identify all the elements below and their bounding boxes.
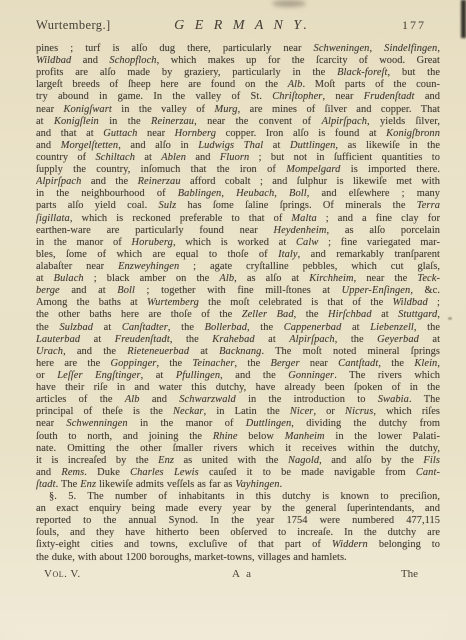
text-line: reported to the annual Synod. In the yea… (36, 515, 440, 527)
text-line: alabaſter near Enzweyhingen ; agate cryſ… (36, 261, 440, 273)
page-footer: Vol. V. A a The (36, 568, 440, 580)
text-line: have their riſe in and water this dutchy… (36, 382, 440, 394)
text-line: berge and at Boll ; together with fine m… (36, 285, 440, 297)
text-line: articles of the Alb and Schwarzwald in t… (36, 394, 440, 406)
text-line: bles, ſome of which are equal to thoſe o… (36, 249, 440, 261)
page-body: pines ; turf is alſo dug there, particul… (36, 43, 440, 564)
text-line: pines ; turf is alſo dug there, particul… (36, 43, 440, 55)
paper-speck (448, 317, 452, 320)
text-line: §. 5. The number of inhabitants in this … (36, 491, 440, 503)
text-line: near Schwenningen in the manor of Duttli… (36, 418, 440, 430)
page-edge-artifact (461, 0, 466, 38)
running-title-center: G E R M A N Y. (174, 18, 310, 34)
text-line: profits are alſo made by graziery, parti… (36, 67, 440, 79)
text-line: earthen-ware are particularly found near… (36, 225, 440, 237)
page-number: 177 (402, 18, 426, 33)
text-line: Wildbad and Schopfloch, which makes up f… (36, 55, 440, 67)
text-line: try abound in game. In the valley of St.… (36, 91, 440, 103)
text-line: ſouls, and they have hitherto been obſer… (36, 527, 440, 539)
text-line: ſtadt. The Enz likewiſe admits veſſels a… (36, 479, 440, 491)
text-line: or Leſſer Engſtinger, at Pfullingen, and… (36, 370, 440, 382)
text-line: and Morgelſtetten, and alſo in Ludwigs T… (36, 140, 440, 152)
text-line: and Rems. Duke Charles Lewis cauſed it t… (36, 467, 440, 479)
text-line: at Bulach ; black amber on the Alb, as a… (36, 273, 440, 285)
text-line: it is increaſed by the Enz as united wit… (36, 455, 440, 467)
text-line: ſixty-eight cities and towns, excluſive … (36, 539, 440, 551)
text-line: here are the Goppinger, the Teinacher, t… (36, 358, 440, 370)
text-line: at Konigſlein in the Reinerzau, near the… (36, 116, 440, 128)
footer-catchword: The (401, 568, 418, 580)
text-line: ſupply the country, inſomuch that the ir… (36, 164, 440, 176)
ink-smudge (272, 0, 306, 7)
text-line: in the manor of Horuberg, which is worke… (36, 237, 440, 249)
running-title-left: Wurtemberg.] (36, 18, 111, 33)
text-line: parts alſo yield coal. Sulz has ſome ſal… (36, 200, 440, 212)
text-line: near Konigſwart in the valley of Murg, a… (36, 104, 440, 116)
text-line: the Sulzbad at Canſtadter, the Bollerbad… (36, 322, 440, 334)
text-line: nate. Omitting the other ſmaller rivers … (36, 443, 440, 455)
page-header: Wurtemberg.] G E R M A N Y. 177 (36, 18, 440, 40)
text-line: and that at Guttach near Hornberg copper… (36, 128, 440, 140)
scanned-book-page: Wurtemberg.] G E R M A N Y. 177 pines ; … (0, 0, 466, 640)
text-line: Alpirſpach and the Reinerzau afford coba… (36, 176, 440, 188)
text-line: largeſt breeds of ſheep here are found o… (36, 79, 440, 91)
footer-signature: A a (232, 568, 253, 580)
text-line: the other baths here are thoſe of the Ze… (36, 309, 440, 321)
text-line: an exact enquiry being made every year b… (36, 503, 440, 515)
text-line: country of Schiltach at Ablen and Fluorn… (36, 152, 440, 164)
text-line: the duke, with about 1200 boroughs, mark… (36, 552, 440, 564)
text-line: ſigillata, which is reckoned preferable … (36, 213, 440, 225)
text-line: Among the baths at Wurtemberg the moſt c… (36, 297, 440, 309)
text-line: Urach, and the Rieteneuerbad at Backnang… (36, 346, 440, 358)
text-line: principal of theſe is the Neckar, in Lat… (36, 406, 440, 418)
text-line: Lauterbad at Freudenſtadt, the Krahebad … (36, 334, 440, 346)
page-content: Wurtemberg.] G E R M A N Y. 177 pines ; … (36, 18, 440, 580)
footer-volume: Vol. V. (44, 568, 81, 580)
text-line: ſouth to north, and joining the Rhine be… (36, 431, 440, 443)
text-line: in the neighbourhood of Bablingen, Heuba… (36, 188, 440, 200)
